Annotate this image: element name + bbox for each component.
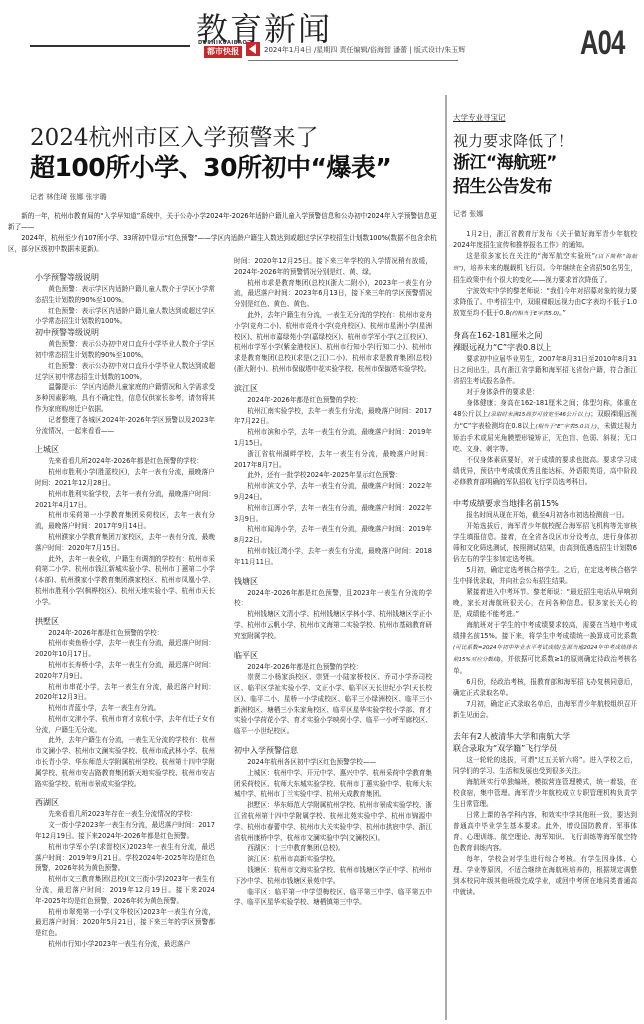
heading-qiantang: 钱塘区 [234,576,432,588]
heading-gongshu: 拱墅区 [35,616,215,628]
heading-primary-warning-levels: 小学预警等级说明 [35,272,215,284]
paragraph: 记者整理了各城区2024年-2026年学区预警以及2023年分流情况，一起来看看… [35,415,215,437]
paragraph: 2024年-2026年都是红色预警的学校： [234,395,432,406]
paragraph: 杭州市钱江湾小学，去年一表生有分流，最晚落户时间：2018年11月11日。 [234,546,432,568]
paragraph: 文一街小学2023年一表生有分流，最迟落户时间：2017年12月19日。接下来2… [35,820,215,842]
side-headline-primary: 视力要求降低了！ [453,131,637,151]
paragraph: 杭州市文三教育集团(总校)(文三街小学)2023年一表生有分流，最迟落户时间：2… [35,874,215,906]
paragraph: 紧接着进入中考环节。黎老师说：“最近招生电话从早响到晚，家长对海航班很关心，在问… [453,587,637,620]
side-headline-secondary-2: 招生公告发布 [453,175,637,199]
paragraph: 红色预警：表示学区内适龄户籍儿童人数达到或超过学区小学常态招生计划数的100%。 [35,306,215,328]
paragraph: 6月份，经政治考核，报教育部和海军招飞办复核同意后，确定正式录取名单。 [453,677,637,699]
paragraph: 杭州濮家小学教育集团万家校区，去年一表有分流，最晚落户时间：2020年7月15日… [35,532,215,554]
text: ，培养未来的舰载机飞行员。今年继续在全省招50名男生，招生政策中有个很大的变化—… [453,264,637,284]
paragraph: 红色预警：表示公办初中对口直升小学毕业人数达到或超过学区初中常态招生计划数的10… [35,361,215,383]
paragraph: 浙江省杭州湖畔学校，去年一表生有分流，最晚落户时间：2017年8月7日。 [234,449,432,471]
side-byline: 记者 张娜 [453,209,637,219]
side-subheading-1a: 身高在162-181厘米之间 [453,330,637,342]
paragraph: 拱墅区：华东师范大学附属杭州学校、杭州市景成实验学校、浙江省杭州第十四中学附属学… [234,800,432,843]
side-headline-secondary-1: 浙江“海航班” [453,151,637,175]
paragraph: 对于身体条件的要求是： [453,387,637,398]
paragraph: 杭州市卖鱼桥小学，去年一表生有分流，最迟落户时间：2020年10月17日。 [35,638,215,660]
side-article: 大学专业寻宝记 视力要求降低了！ 浙江“海航班” 招生公告发布 记者 张娜 1月… [453,112,637,898]
main-article: 2024杭州市区入学预警来了 超100所小学、30所初中“爆表” 记者 林佳琦 … [30,80,440,255]
paragraph: 要求初中应届毕业男生，2007年8月31日至2010年8月31日之间出生，具有浙… [453,354,637,387]
paragraph: 此外，去年一表全收，户籍生有调剂的学校有：杭州市采荷第二小学、杭州市钱江新城实验… [35,554,215,608]
paragraph: 杭州市江晖小学，去年一表生有分流，最晚落户时间：2022年3月9日。 [234,503,432,525]
heading-linping: 临平区 [234,650,432,662]
masthead-rule-right [248,60,458,61]
paragraph: 此外，还有一批学校2024年-2025年显示红色预警： [234,470,432,481]
side-subheading-1b: 裸眼远视力“C”字表0.8以上 [453,342,637,354]
paragraph: 此外，去年户籍生有分流，一表生无分流的学校有：杭州市文澜小学、杭州市文澜实验学校… [35,735,215,789]
paragraph: 1月2日，浙江省教育厅发布《关于做好海军青少年航校2024年度招生宣传和推荐报名… [453,229,637,251]
paragraph: 杭州钱塘区文清小学、杭州钱塘区学林小学、杭州钱塘区学正小学、杭州市云帆小学、杭州… [234,609,432,641]
paragraph: 温馨提示：学区内适龄儿童家庭的户籍情况和入学需求受多种因素影响，具有不确定性，信… [35,382,215,414]
masthead: 教育新闻 DUSHIKUAIBAO 都市快报 2024年1月4日 /星期四 责任… [0,0,644,78]
note: (相当于“E”字表5.0以上) [535,424,597,430]
heading-xihu: 西湖区 [35,797,215,809]
paragraph: 临平区：临平第一中学望梅校区、临平第三中学、临平第五中学、临平区星华实验学校、塘… [234,887,432,909]
main-headline-secondary: 超100所小学、30所初中“爆表” [30,152,440,184]
paragraph: 杭州市行知小学2023年一表生有分流，最迟落户 [35,939,215,950]
paragraph: 黄色预警：表示公办初中对口直升小学毕业人数介于学区初中常态招生计划数的90%至1… [35,339,215,361]
paragraph: 杭州市求是教育集团(总校)(浙大二附小)，2023年一表生有分流，最迟落户时间：… [234,278,432,310]
paragraph: 每年，学校会对学生进行综合考核。有学生因身体、心理、学业等原因，不适合继续在海航… [453,854,637,898]
paragraph: 先来看看几所2024年-2026年都是红色预警的学校： [35,456,215,467]
paragraph: 杭州市翠苑第一小学(文华校区)2023年一表生有分流，最迟落户时间：2020年5… [35,907,215,939]
paragraph: 海航班对于学生的中考成绩要求较高，需要在当地中考成绩排名前15%。接下来，将学生… [453,620,637,677]
main-headline-primary: 2024杭州市区入学预警来了 [30,124,440,152]
heading-middle-warning-levels: 初中预警等级说明 [35,327,215,339]
text: 这是很多家长在关注的“海军航空实验班” [466,252,595,260]
paragraph: 2024年杭州各区初中学区红色预警学校—— [234,757,432,768]
note: (约相当于E字表5.0) [510,311,560,317]
paragraph: 杭州市采荷第一小学教育集团采荷校区，去年一表有分流，最晚落户时间：2017年9月… [35,510,215,532]
paragraph: 先来看看几所2023年存在一表生分流情况的学校： [35,809,215,820]
page-number: A04 [580,24,625,63]
side-subheading-3a: 去年有2人被清华大学和南航大学 [453,731,637,743]
paragraph: 杭州市闻涛小学，去年一表生有分流，最晚落户时间：2019年8月22日。 [234,524,432,546]
paragraph: 身体健康；身高在162-181厘米之间；体型匀称，体重在48公斤以上(录取时未满… [453,398,637,455]
paragraph: 报名时间从现在开始，截至4月初各市初选检测前一日。 [453,510,637,521]
paragraph: 2024年-2026年都是红色预警，且2023年一表生有分流的学校： [234,588,432,610]
paragraph: 日常上课的各学科内容，和效实中学其他班一致，要达到普通高中毕业学生基本要求。此外… [453,810,637,854]
note: (录取时未满15周岁可放宽至46公斤以上) [488,412,590,418]
paragraph: 杭州市胜利实验学校，去年一表有分流，最晚落户时间：2021年4月17日。 [35,489,215,511]
main-column-2: 时间：2020年12月25日。接下来三年学校的入学情况稍有放缓，2024年-20… [234,256,432,908]
paragraph: 这一轮轮的选拔，可谓“过五关斩六将”。进入学校之后，同学们的学习、生活和发展也受… [453,755,637,777]
heading-binjiang: 滨江区 [234,383,432,395]
paragraph: 杭州市滨和小学，去年一表生有分流，最晚落户时间：2019年1月15日。 [234,427,432,449]
brand-k-logo-icon [246,42,260,56]
main-lede-2: 2024年，杭州至少有107所小学、33所初中显示“红色预警”——学区内适龄户籍… [8,233,440,255]
paragraph: 这是很多家长在关注的“海军航空实验班”(以下简称“海航班”)，培养未来的舰载机飞… [453,251,637,286]
paragraph: 时间：2020年12月25日。接下来三年学校的入学情况稍有放缓，2024年-20… [234,256,432,278]
heading-junior-high-warnings: 初中入学预警信息 [234,745,432,757]
paragraph: 黄色预警：表示学区内适龄户籍儿童人数介于学区小学常态招生计划数的90%至100%… [35,284,215,306]
paragraph: 杭州市学军小学(求智校区)2023年一表生有分流，最迟落户时间：2019年9月2… [35,842,215,874]
paragraph: 不仅身体素质要好，对于成绩的要求也挺高。要求学习成绩优异，预估中考成绩优秀且能达… [453,455,637,488]
paragraph: 海航班实行单独编班，模拟营连管理模式，统一着装，在校食宿，集中管理。海军青少年航… [453,777,637,810]
main-byline: 记者 林佳琦 张娜 张宇璐 [30,192,440,202]
paragraph: 上城区：杭州中学、开元中学、惠兴中学、杭州采荷中学教育集团采荷校区、杭师大东城实… [234,768,432,800]
paragraph: 2024年-2026年都是红色预警的学校： [234,662,432,673]
paragraph: 杭州市串花小学，去年一表生有分流，最迟落户时间：2020年12月3日。 [35,682,215,704]
paragraph: 钱塘区：杭州市文海实验学校、杭州市钱塘区学正中学、杭州市下沙中学、杭州市钱塘区景… [234,865,432,887]
paragraph: 杭州市青蓝小学，去年一表生有分流。 [35,703,215,714]
paragraph: 5月初，确定定选考核合格学生。之后，在定选考核合格学生中择优录取，并向社会公布招… [453,565,637,587]
paragraph: 杭州市文津小学、杭州市育才京杭小学，去年有迁子女有分流，户籍生无分流。 [35,714,215,736]
paragraph: 杭州市胜利小学(胜蓝校区)，去年一表有分流，最晚落户时间：2021年12月28日… [35,467,215,489]
paragraph: 此外，去年户籍生有分流，一表生无分流的学校有：杭州市竞舟小学(竞舟二小)、杭州市… [234,310,432,375]
paragraph: 崇贤二小杨家浜校区、崇贤一小陆家桥校区、乔司小学乔司校区、临平区学祉实验小学、文… [234,672,432,737]
side-subheading-3b: 联合录取为“双学籍”飞行学员 [453,743,637,755]
paragraph: 西湖区：十三中教育集团(总校)。 [234,843,432,854]
masthead-rule-left [30,45,190,47]
heading-shangcheng: 上城区 [35,444,215,456]
main-lede-1: 新的一年，杭州市教育局的“入学早知道”系统中，关于公办小学2024年-2026年… [8,211,440,233]
paragraph: 杭州市滨文小学，去年一表生有分流，最晚落户时间：2022年9月24日。 [234,481,432,503]
paragraph: 开始选拔后，海军青少年航校配合海军招飞机构等先审核学生填报信息。接着，在全省各设… [453,521,637,565]
brand-name: 都市快报 [204,46,242,58]
paragraph: 2024年-2026年都是红色预警的学校： [35,628,215,639]
main-column-1: 小学预警等级说明 黄色预警：表示学区内适龄户籍儿童人数介于学区小学常态招生计划数… [35,272,215,950]
text: 。” [559,309,566,317]
paragraph: 杭州江南实验学校，去年一表生有分流，最晚落户时间：2017年7月22日。 [234,406,432,428]
side-kicker: 大学专业寻宝记 [453,112,637,123]
paragraph: 宁波效实中学的黎老师说：“我们今年对招募对象的视力要求降低了。中考招生中，双眼裸… [453,286,637,320]
issue-info: 2024年1月4日 /星期四 责任编辑/俗海智 潘蕾 | 版式设计/朱玉辉 [264,45,465,55]
paragraph: 滨江区：杭州市高新实验学校。 [234,854,432,865]
paragraph: 杭州市长寿桥小学，去年一表生有分流，最迟落户时间：2020年7月9日。 [35,660,215,682]
column-divider [445,95,447,1020]
side-subheading-2: 中考成绩要求当地排名前15% [453,498,637,510]
paragraph: 7月初，确定正式录取名单后，由海军青少年航校组织召开新生见面会。 [453,699,637,721]
text: 海航班对于学生的中考成绩要求较高，需要在当地中考成绩排名前15%。接下来，将学生… [453,621,637,640]
